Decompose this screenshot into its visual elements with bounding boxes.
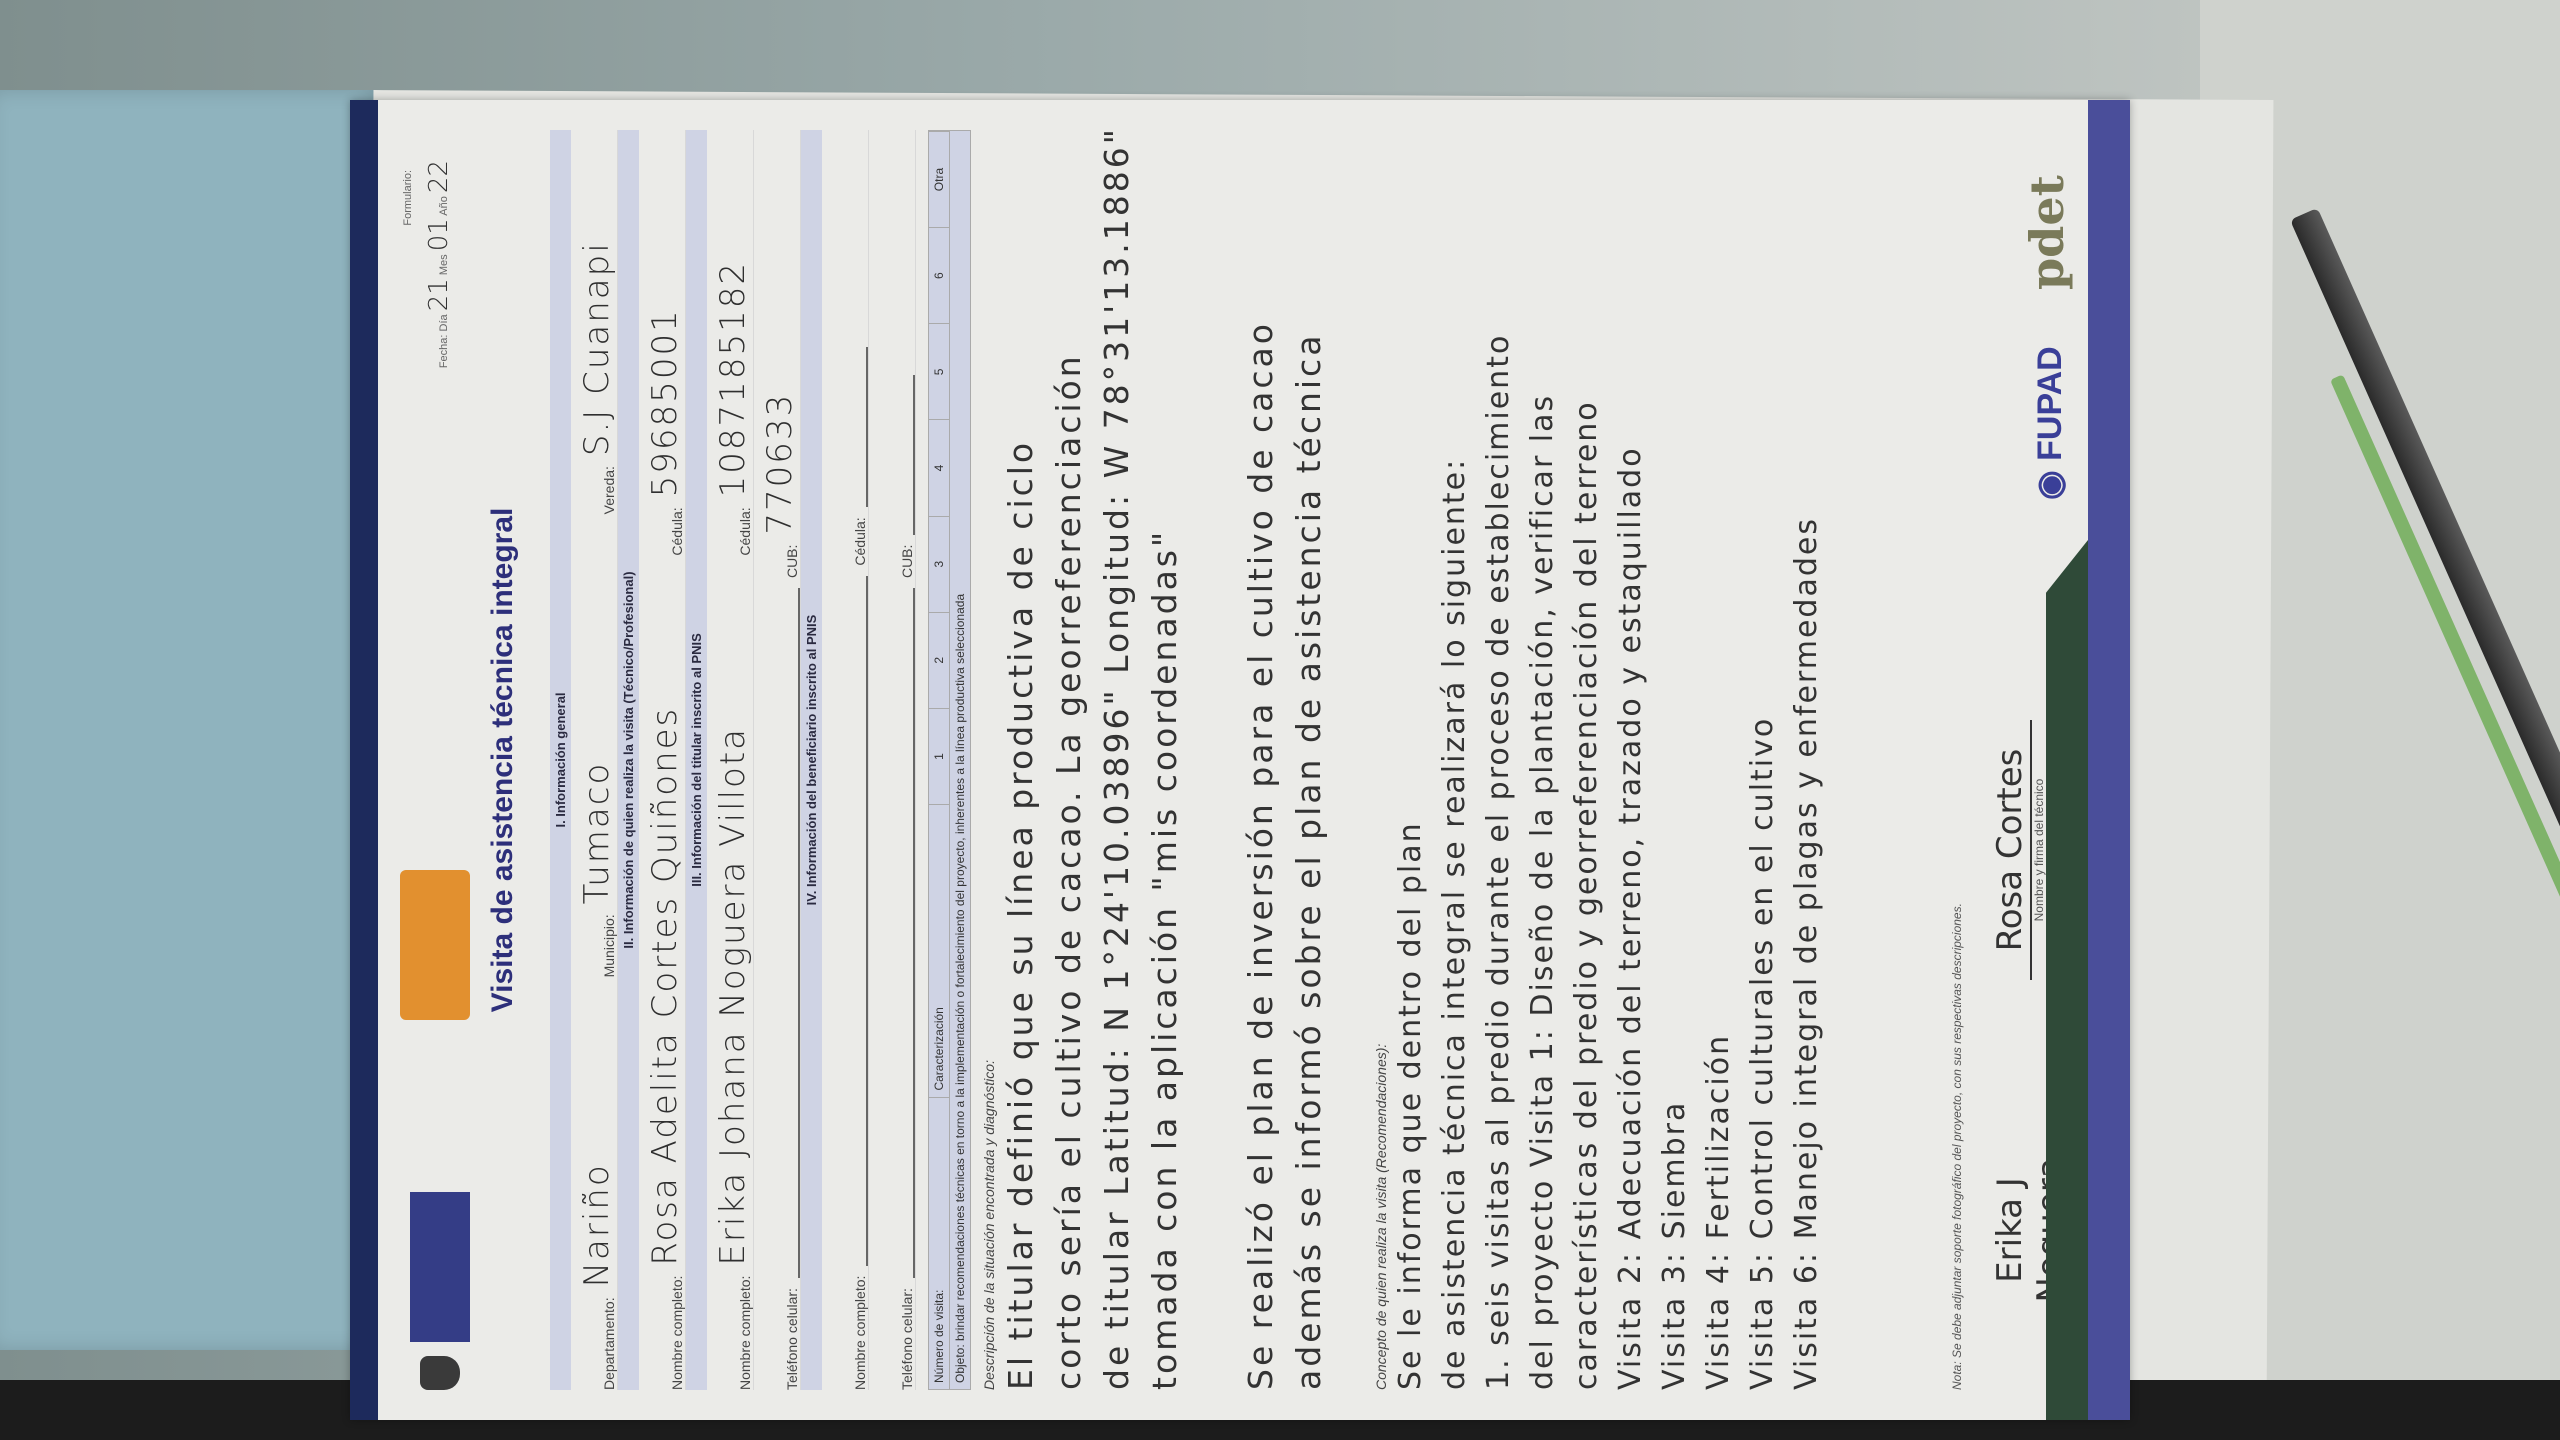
general-info-row: Departamento: Nariño Municipio: Tumaco V… bbox=[571, 130, 618, 1390]
handwritten-line: además se informó sobre el plan de asist… bbox=[1285, 130, 1333, 1390]
visit-column-5: 5 bbox=[929, 323, 949, 419]
ano-label: Año bbox=[438, 196, 450, 216]
titular-nombre-value: Erika Johana Noguera Villota bbox=[713, 566, 753, 1266]
section-title: I. Información general bbox=[550, 130, 571, 1390]
handwritten-line: Visita 3: Siembra bbox=[1653, 130, 1697, 1390]
handwritten-line: Visita 2: Adecuación del terreno, trazad… bbox=[1609, 130, 1653, 1390]
visit-number-label: Número de visita: bbox=[929, 1097, 949, 1389]
section-title: II. Información de quien realiza la visi… bbox=[618, 130, 639, 1390]
concepto-label: Concepto de quien realiza la visita (Rec… bbox=[1373, 130, 1389, 1390]
handwritten-line: de asistencia técnica integral se realiz… bbox=[1433, 130, 1477, 1390]
fupad-logo-text: FUPAD bbox=[2031, 346, 2069, 461]
titular-row: Nombre completo: Erika Johana Noguera Vi… bbox=[707, 130, 754, 1390]
handwritten-line: características del predio y georreferen… bbox=[1565, 130, 1609, 1390]
tecnico-row: Nombre completo: Rosa Adelita Cortes Qui… bbox=[639, 130, 686, 1390]
titular-telefono-blank bbox=[798, 588, 800, 1278]
handwritten-line bbox=[1189, 130, 1237, 1390]
agency-logo bbox=[410, 1192, 470, 1342]
form-photo: Formulario: Fecha: Día 21 Mes 01 Año 22 … bbox=[350, 100, 2130, 1420]
beneficiario-cedula-blank bbox=[866, 347, 868, 507]
form-page: Formulario: Fecha: Día 21 Mes 01 Año 22 … bbox=[350, 100, 2130, 1420]
caracterizacion-cell: Caracterización bbox=[929, 804, 949, 1096]
mes-label: Mes bbox=[438, 254, 450, 275]
handwritten-line: de titular Latitud: N 1°24'10.03896" Lon… bbox=[1093, 130, 1141, 1390]
beneficiario-nombre-blank bbox=[866, 576, 868, 1266]
tecnico-nombre-label: Nombre completo: bbox=[669, 1276, 685, 1390]
handwritten-line: Visita 5: Control culturales en el culti… bbox=[1741, 130, 1785, 1390]
visit-number-table: Número de visita: Caracterización 123456… bbox=[928, 130, 950, 1390]
section-general-info: I. Información general Departamento: Nar… bbox=[550, 130, 1829, 1390]
fupad-logo: ◉ FUPAD bbox=[2030, 346, 2070, 500]
handwritten-line: corto sería el cultivo de cacao. La geor… bbox=[1045, 130, 1093, 1390]
objeto-text: Objeto: brindar recomendaciones técnicas… bbox=[950, 130, 971, 1390]
visit-column-4: 4 bbox=[929, 419, 949, 515]
section-title: III. Información del titular inscrito al… bbox=[686, 130, 707, 1390]
titular-cedula-value: 1087185182 bbox=[713, 261, 753, 497]
titular-cedula-label: Cédula: bbox=[737, 507, 753, 555]
tecnico-nombre-value: Rosa Adelita Cortes Quiñones bbox=[645, 566, 685, 1266]
ano-value: 22 bbox=[424, 160, 454, 193]
titular-cub-value: 770633 bbox=[760, 393, 800, 535]
visit-column-3: 3 bbox=[929, 516, 949, 612]
fecha-field: Fecha: Día 21 Mes 01 Año 22 bbox=[424, 160, 454, 368]
handwritten-line: Se realizó el plan de inversión para el … bbox=[1237, 130, 1285, 1390]
handwritten-line: Se le informa que dentro del plan bbox=[1389, 130, 1433, 1390]
handwritten-line: del proyecto Visita 1: Diseño de la plan… bbox=[1521, 130, 1565, 1390]
formulario-label: Formulario: bbox=[402, 170, 414, 226]
beneficiario-nombre-label: Nombre completo: bbox=[852, 1276, 868, 1390]
program-logo bbox=[400, 870, 470, 1020]
footer-green-band bbox=[2046, 540, 2088, 1420]
descripcion-label: Descripción de la situación encontrada y… bbox=[981, 130, 997, 1390]
beneficiario-telefono-label: Teléfono celular: bbox=[899, 1288, 915, 1390]
beneficiario-cedula-label: Cédula: bbox=[852, 517, 868, 565]
colombia-shield-icon bbox=[420, 1356, 460, 1390]
section-title: IV. Información del beneficiario inscrit… bbox=[801, 130, 822, 1390]
visit-column-7: Otra bbox=[929, 131, 949, 227]
concepto-text: Se le informa que dentro del plande asis… bbox=[1389, 130, 1829, 1390]
departamento-value: Nariño bbox=[577, 987, 617, 1287]
tecnico-signature-block: Rosa Cortes Nombre y firma del técnico bbox=[1990, 720, 2046, 980]
footer-note: Nota: Se debe adjuntar soporte fotográfi… bbox=[1950, 903, 1964, 1390]
handwritten-line: Visita 4: Fertilización bbox=[1697, 130, 1741, 1390]
handwritten-line: 1. seis visitas al predio durante el pro… bbox=[1477, 130, 1521, 1390]
departamento-label: Departamento: bbox=[601, 1297, 617, 1390]
tecnico-signature-caption: Nombre y firma del técnico bbox=[2032, 720, 2046, 980]
mes-value: 01 bbox=[424, 218, 454, 251]
descripcion-text: El titular definió que su línea producti… bbox=[997, 130, 1333, 1390]
dia-label: Día bbox=[438, 314, 450, 331]
titular-row-2: Teléfono celular: CUB: 770633 bbox=[754, 130, 801, 1390]
beneficiario-cub-label: CUB: bbox=[899, 545, 915, 578]
pdet-logo: pdet bbox=[2020, 175, 2074, 290]
top-band bbox=[350, 100, 378, 1420]
vereda-label: Vereda: bbox=[601, 466, 617, 514]
background-folder bbox=[0, 90, 380, 1350]
visit-column-1: 1 bbox=[929, 708, 949, 804]
vereda-value: S.J Cuanapi bbox=[577, 241, 617, 456]
form-title: Visita de asistencia técnica integral bbox=[486, 130, 520, 1390]
handwritten-line: Visita 6: Manejo integral de plagas y en… bbox=[1785, 130, 1829, 1390]
handwritten-line: El titular definió que su línea producti… bbox=[997, 130, 1045, 1390]
beneficiario-row-2: Teléfono celular: CUB: bbox=[869, 130, 916, 1390]
tecnico-cedula-label: Cédula: bbox=[669, 507, 685, 555]
visit-column-2: 2 bbox=[929, 612, 949, 708]
titular-cub-label: CUB: bbox=[784, 545, 800, 578]
beneficiario-cub-blank bbox=[913, 375, 915, 535]
fecha-label: Fecha: bbox=[438, 335, 450, 369]
visit-column-6: 6 bbox=[929, 227, 949, 323]
footer-blue-band bbox=[2088, 100, 2130, 1420]
titular-telefono-label: Teléfono celular: bbox=[784, 1288, 800, 1390]
handwritten-line: tomada con la aplicación "mis coordenada… bbox=[1141, 130, 1189, 1390]
dia-value: 21 bbox=[424, 278, 454, 311]
beneficiario-telefono-blank bbox=[913, 588, 915, 1278]
municipio-label: Municipio: bbox=[601, 914, 617, 977]
tecnico-signature: Rosa Cortes bbox=[1990, 720, 2032, 980]
municipio-value: Tumaco bbox=[577, 524, 617, 904]
tecnico-cedula-value: 59685001 bbox=[645, 308, 685, 497]
beneficiario-row: Nombre completo: Cédula: bbox=[822, 130, 869, 1390]
form-header: Formulario: Fecha: Día 21 Mes 01 Año 22 … bbox=[390, 130, 540, 1390]
titular-nombre-label: Nombre completo: bbox=[737, 1276, 753, 1390]
